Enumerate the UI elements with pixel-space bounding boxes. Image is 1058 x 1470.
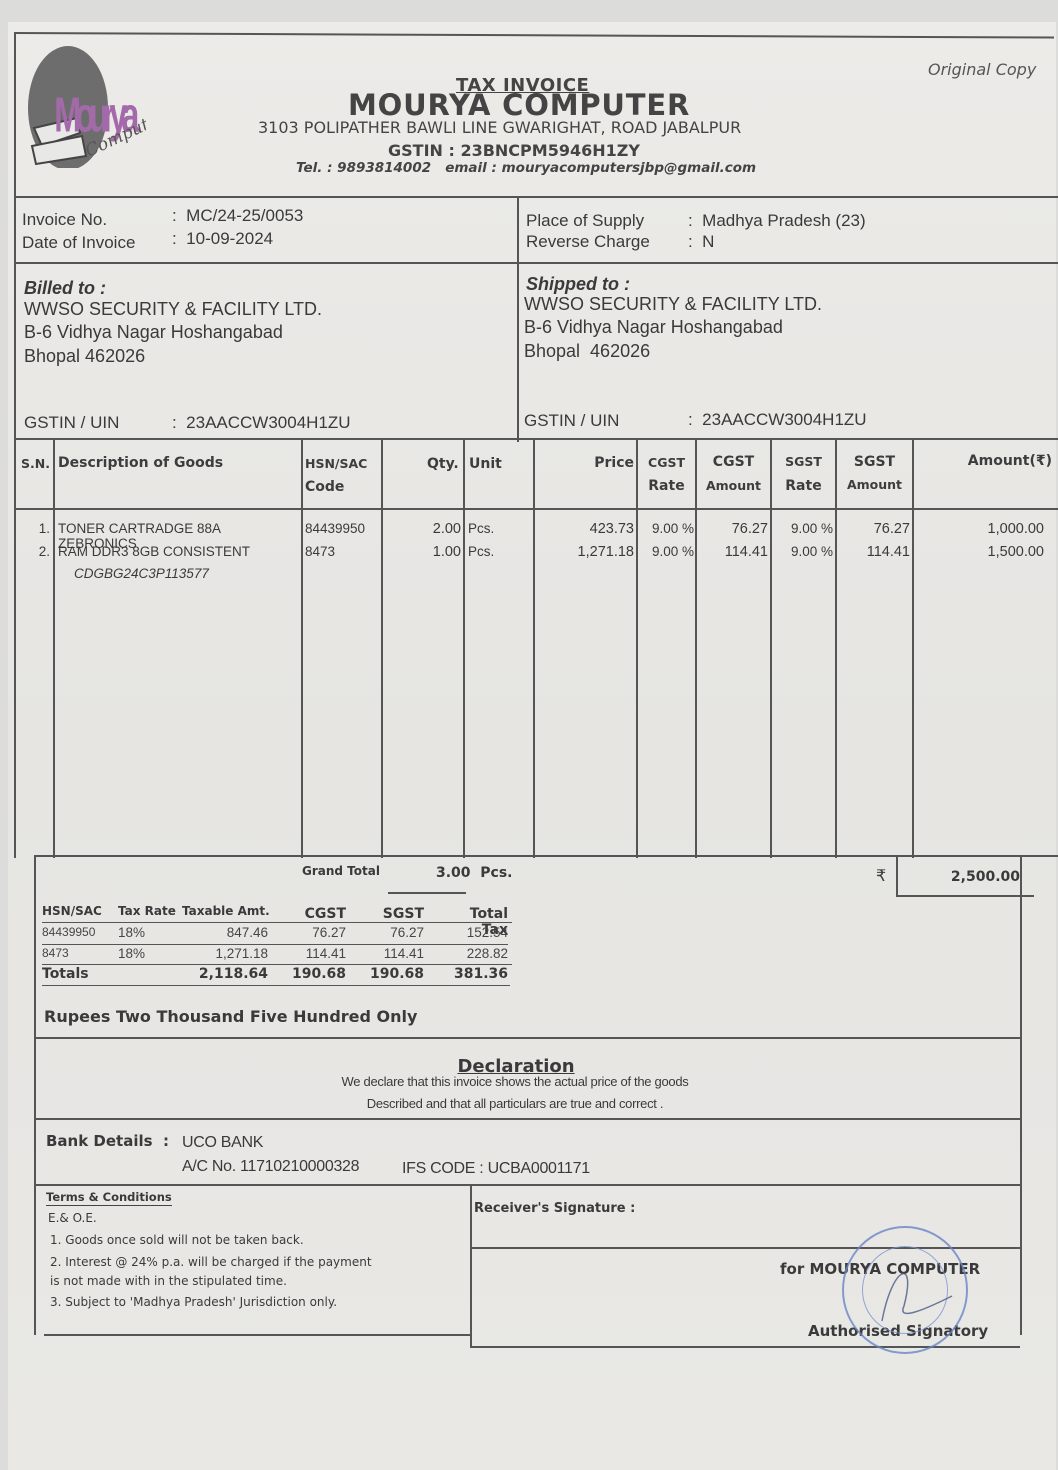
amount-in-words: Rupees Two Thousand Five Hundred Only — [44, 1007, 417, 1026]
th-cgst-amount: CGST — [697, 454, 770, 470]
terms-item-2b: is not made with in the stipulated time. — [50, 1274, 287, 1288]
divider-header — [14, 196, 1058, 198]
place-of-supply: : Madhya Pradesh (23) — [688, 211, 866, 231]
col-line — [533, 438, 535, 858]
declaration-line1: We declare that this invoice shows the a… — [260, 1074, 770, 1089]
declaration-line2: Described and that all particulars are t… — [260, 1096, 770, 1111]
cell-price: 1,271.18 — [536, 544, 634, 560]
col-line — [912, 438, 914, 858]
col-line — [835, 438, 837, 858]
divider-words — [36, 1037, 1020, 1039]
cell-cgst-amount: 76.27 — [697, 521, 768, 537]
shipped-to-line1: B-6 Vidhya Nagar Hoshangabad — [524, 317, 783, 338]
divider-meta — [14, 262, 1058, 264]
th-cgst-rate-2: Rate — [638, 478, 695, 494]
th-sgst-amount-2: Amount — [837, 477, 912, 492]
bank-name: UCO BANK — [182, 1134, 263, 1152]
th-sum-hsn: HSN/SAC — [42, 904, 112, 918]
summary-rule — [42, 985, 510, 986]
border-left — [14, 32, 16, 442]
cell-sn: 2. — [20, 544, 50, 559]
company-stamp — [842, 1226, 968, 1354]
sum-taxable: 1,271.18 — [182, 946, 268, 961]
cell-sgst-amount: 114.41 — [837, 544, 910, 560]
cell-price: 423.73 — [536, 521, 634, 537]
th-sum-cgst: CGST — [290, 906, 346, 922]
shipped-gstin-label: GSTIN / UIN — [524, 411, 619, 431]
copy-label: Original Copy — [928, 60, 1036, 79]
terms-eoe: E.& O.E. — [48, 1211, 97, 1225]
bank-label: Bank Details : — [46, 1132, 169, 1150]
cell-hsn: 84439950 — [305, 521, 379, 536]
col-line — [53, 438, 55, 858]
grand-total-amount: 2,500.00 — [900, 869, 1020, 885]
th-cgst-amount-2: Amount — [697, 478, 770, 493]
cell-sn: 1. — [20, 521, 50, 536]
sum-hsn: 8473 — [42, 946, 112, 960]
sum-tax-rate: 18% — [118, 925, 180, 940]
th-description: Description of Goods — [58, 455, 223, 471]
th-sgst-rate: SGST — [772, 454, 835, 469]
invoice-no-label: Invoice No. — [22, 210, 107, 230]
th-sgst-rate-2: Rate — [772, 478, 835, 494]
th-sgst-amount: SGST — [837, 454, 912, 470]
cell-sgst-amount: 76.27 — [837, 521, 910, 537]
col-line — [14, 438, 16, 858]
terms-item-3: 3. Subject to 'Madhya Pradesh' Jurisdict… — [50, 1295, 337, 1309]
terms-item-1: 1. Goods once sold will not be taken bac… — [50, 1233, 304, 1247]
gt-box-bottom — [896, 895, 1034, 897]
reverse-charge: : N — [688, 232, 714, 252]
cell-unit: Pcs. — [468, 521, 528, 536]
invoice-no: : MC/24-25/0053 — [172, 206, 303, 226]
sum-tax-rate: 18% — [118, 946, 180, 961]
reverse-charge-label: Reverse Charge — [526, 232, 650, 252]
sum-cgst: 114.41 — [290, 946, 346, 961]
th-amount: Amount(₹) — [914, 453, 1052, 469]
company-contact: Tel. : 9893814002 email : mouryacomputer… — [296, 160, 756, 176]
company-address: 3103 POLIPATHER BAWLI LINE GWARIGHAT, RO… — [258, 118, 741, 137]
divider-vertical-parties — [517, 196, 519, 442]
th-sum-tax-rate: Tax Rate — [118, 904, 180, 918]
cell-unit: Pcs. — [468, 544, 528, 559]
cell-qty: 2.00 — [384, 521, 461, 537]
bank-ifsc: IFS CODE : UCBA0001171 — [402, 1160, 590, 1178]
cell-cgst-rate: 9.00 % — [638, 521, 694, 536]
cell-serial-number: CDGBG24C3P113577 — [74, 566, 209, 581]
shipped-gstin: : 23AACCW3004H1ZU — [688, 410, 867, 430]
summary-rule — [42, 944, 508, 945]
sum-sgst: 114.41 — [370, 946, 424, 961]
lower-right-border — [1020, 855, 1022, 1335]
divider-bank — [36, 1184, 1020, 1186]
table-header-divider — [14, 508, 1058, 510]
date-label: Date of Invoice — [22, 233, 135, 253]
grand-total-qty: 3.00 Pcs. — [436, 865, 513, 881]
th-sn: S.N. — [21, 456, 50, 471]
th-qty: Qty. — [427, 456, 459, 472]
cell-qty: 1.00 — [384, 544, 461, 560]
col-line — [463, 438, 465, 858]
rupee-icon: ₹ — [876, 866, 886, 885]
sum-sgst: 76.27 — [370, 925, 424, 940]
cell-description: RAM DDR3 8GB CONSISTENT — [58, 544, 298, 559]
th-price: Price — [540, 455, 634, 471]
terms-heading: Terms & Conditions — [46, 1190, 172, 1206]
company-logo: Mourya Computer — [22, 38, 146, 168]
shipped-to-line2: Bhopal 462026 — [524, 341, 650, 362]
cell-cgst-amount: 114.41 — [697, 544, 768, 560]
th-cgst-rate: CGST — [638, 455, 695, 470]
th-unit: Unit — [469, 456, 502, 472]
terms-item-2: 2. Interest @ 24% p.a. will be charged i… — [50, 1255, 372, 1269]
company-gstin: GSTIN : 23BNCPM5946H1ZY — [388, 141, 640, 160]
receiver-signature-label: Receiver's Signature : — [474, 1201, 635, 1216]
summary-rule — [42, 964, 512, 965]
lower-left-border — [34, 855, 36, 1335]
billed-gstin: : 23AACCW3004H1ZU — [172, 413, 351, 433]
terms-bottom — [44, 1334, 472, 1336]
col-line — [770, 438, 772, 858]
th-sum-sgst: SGST — [370, 906, 424, 922]
cell-cgst-rate: 9.00 % — [638, 544, 694, 559]
billed-to-line1: B-6 Vidhya Nagar Hoshangabad — [24, 322, 283, 343]
divider-declaration — [36, 1118, 1020, 1120]
col-line — [381, 438, 383, 858]
billed-to-line2: Bhopal 462026 — [24, 346, 145, 367]
table-bottom — [34, 855, 1058, 857]
th-hsn-code: Code — [305, 479, 344, 495]
sum-taxable: 847.46 — [182, 925, 268, 940]
sum-cgst: 76.27 — [290, 925, 346, 940]
invoice-date: : 10-09-2024 — [172, 229, 273, 249]
shipped-to-name: WWSO SECURITY & FACILITY LTD. — [524, 294, 822, 315]
sum-total-tax: 228.82 — [440, 946, 508, 961]
totals-sum-sgst: 190.68 — [370, 966, 424, 982]
shipped-to-heading: Shipped to : — [526, 274, 630, 295]
cell-amount: 1,000.00 — [914, 521, 1044, 537]
cell-hsn: 8473 — [305, 544, 379, 559]
th-hsn: HSN/SAC — [305, 456, 367, 471]
grand-total-label: Grand Total — [302, 864, 380, 878]
cell-sgst-rate: 9.00 % — [772, 521, 833, 536]
divider-table-top — [14, 438, 1058, 440]
divider-terms-sign — [470, 1186, 472, 1348]
cell-sgst-rate: 9.00 % — [772, 544, 833, 559]
qty-underline — [388, 892, 466, 894]
sum-total-tax: 152.54 — [440, 925, 508, 940]
sum-hsn: 84439950 — [42, 925, 112, 939]
totals-sum-total-tax: 381.36 — [440, 966, 508, 982]
totals-sum-hsn: Totals — [42, 966, 112, 982]
col-line — [301, 438, 303, 858]
bank-account: A/C No. 11710210000328 — [182, 1158, 359, 1176]
totals-sum-taxable: 2,118.64 — [182, 966, 268, 982]
col-line — [636, 438, 638, 858]
billed-to-heading: Billed to : — [24, 278, 106, 299]
gt-box-left — [896, 857, 898, 897]
summary-rule — [42, 922, 512, 923]
company-name: MOURYA COMPUTER — [348, 88, 690, 122]
th-sum-taxable: Taxable Amt. — [182, 904, 270, 918]
billed-to-name: WWSO SECURITY & FACILITY LTD. — [24, 299, 322, 320]
billed-gstin-label: GSTIN / UIN — [24, 413, 119, 433]
col-line — [695, 438, 697, 858]
place-of-supply-label: Place of Supply — [526, 211, 644, 231]
cell-amount: 1,500.00 — [914, 544, 1044, 560]
totals-sum-cgst: 190.68 — [290, 966, 346, 982]
